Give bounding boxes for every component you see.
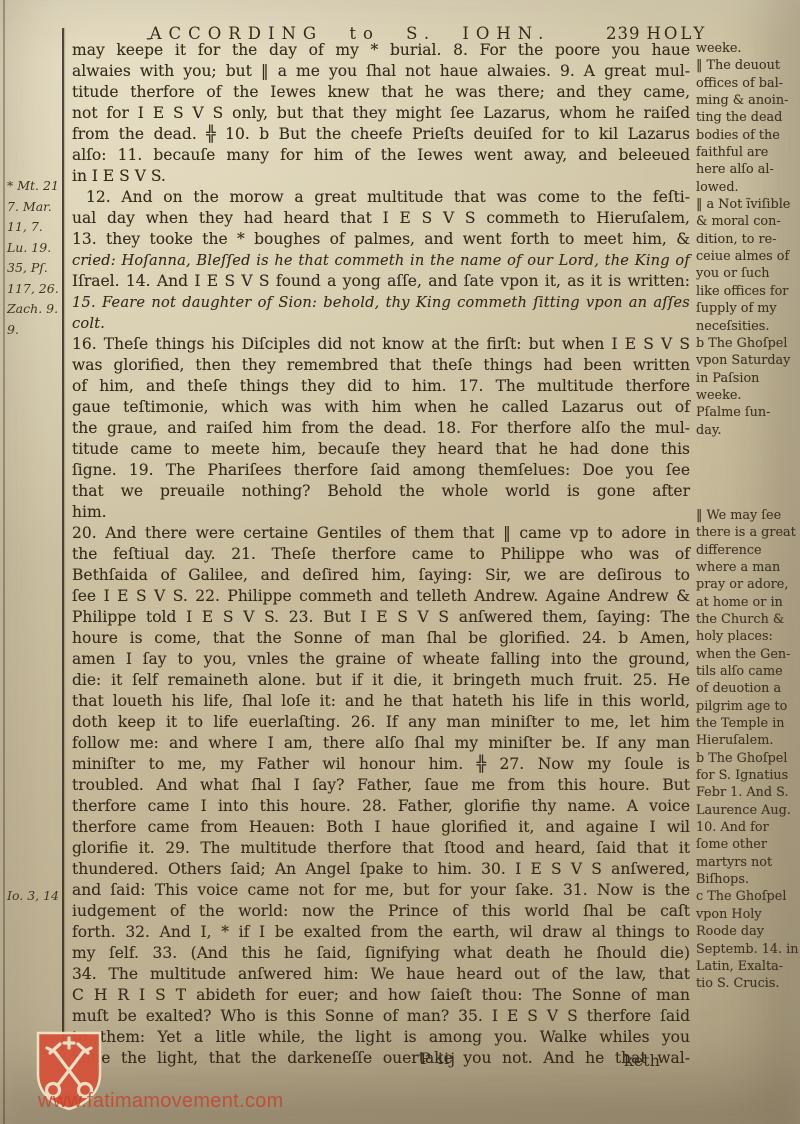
text-line: die: it ſelf remaineth alone. but if it … — [72, 670, 690, 691]
margin-note: you or ſuch — [696, 265, 798, 282]
text-line: was glorified, then they remembred that … — [72, 355, 690, 376]
text-line: gaue teſtimonie, which was with him when… — [72, 397, 690, 418]
margin-note: neceſsities. — [696, 318, 798, 335]
margin-note: & moral con- — [696, 213, 798, 230]
margin-note: * Mt. 21 — [7, 176, 61, 197]
text-line: 16. Theſe things his Diſciples did not k… — [72, 334, 690, 355]
margin-note: tio S. Crucis. — [696, 975, 798, 992]
text-line: glorifie it. 29. The multitude therfore … — [72, 838, 690, 859]
text-line: therfore came from Heauen: Both I haue g… — [72, 817, 690, 838]
page-edge-shadow — [3, 0, 5, 1124]
margin-note: ting the dead — [696, 109, 798, 126]
text-line: may keepe it for the day of my * burial.… — [72, 40, 690, 61]
text-line: titude therfore of the Iewes knew that h… — [72, 82, 690, 103]
margin-note: pilgrim age to — [696, 698, 798, 715]
margin-note: Hieruſalem. — [696, 732, 798, 749]
margin-note: Biſhops. — [696, 871, 798, 888]
text-line: muſt be exalted? Who is this Sonne of ma… — [72, 1006, 690, 1027]
margin-note: b The Ghoſpel — [696, 335, 798, 352]
margin-note: Lu. 19. — [7, 238, 61, 259]
margin-note: difference — [696, 542, 798, 559]
margin-note: here alſo al- — [696, 161, 798, 178]
text-line: miniſter to me, my Father wil honour him… — [72, 754, 690, 775]
text-line: ſigne. 19. The Phariſees therfore ſaid a… — [72, 460, 690, 481]
margin-note: vpon Saturday — [696, 352, 798, 369]
margin-note: of deuotion a — [696, 680, 798, 697]
margin-note: Laurence Aug. — [696, 802, 798, 819]
left-margin-notes: * Mt. 217. Mar.11, 7.Lu. 19.35, Pſ.117, … — [7, 176, 61, 340]
margin-note: weeke. — [696, 40, 798, 57]
margin-note: there is a great — [696, 524, 798, 541]
text-line: Bethſaida of Galilee, and deſired him, ſ… — [72, 565, 690, 586]
margin-note: tils alſo came — [696, 663, 798, 680]
margin-note: ‖ The deuout — [696, 57, 798, 74]
margin-note: Zach. 9. — [7, 299, 61, 320]
margin-note: ceiue almes of — [696, 248, 798, 265]
text-line: alſo: 11. becauſe many for him of the Ie… — [72, 145, 690, 166]
margin-note: dition, to re- — [696, 231, 798, 248]
margin-note: ming & anoin- — [696, 92, 798, 109]
margin-note: ‖ We may ſee — [696, 507, 798, 524]
text-line: of him, and theſe things they did to him… — [72, 376, 690, 397]
text-line: alwaies with you; but ‖ a me you ſhal no… — [72, 61, 690, 82]
text-line: 15. Feare not daughter of Sion: behold, … — [72, 292, 690, 334]
text-line: ſee I E S V S. 22. Philippe commeth and … — [72, 586, 690, 607]
text-line: not for I E S V S only, but that they mi… — [72, 103, 690, 124]
text-line: the feſtiual day. 21. Theſe therfore cam… — [72, 544, 690, 565]
text-line: 34. The multitude anſwered him: We haue … — [72, 964, 690, 985]
margin-note: where a man — [696, 559, 798, 576]
column-rule — [62, 28, 64, 1050]
quire-signature: P iij — [420, 1049, 456, 1068]
margin-note: ſupply of my — [696, 300, 798, 317]
text-line: from the dead. ╬ 10. b But the cheefe Pr… — [72, 124, 690, 145]
text-line: forth. 32. And I, * if I be exalted from… — [72, 922, 690, 943]
text-line: my ſelf. 33. (And this he ſaid, ſignifyi… — [72, 943, 690, 964]
text-line: thundered. Others ſaid; An Angel ſpake t… — [72, 859, 690, 880]
margin-note: Latin, Exalta- — [696, 958, 798, 975]
margin-note: 11, 7. — [7, 217, 61, 238]
watermark: www.fatimamovement.com — [28, 1028, 388, 1118]
margin-note: martyrs not — [696, 854, 798, 871]
text-line: Philippe told I E S V S. 23. But I E S V… — [72, 607, 690, 628]
margin-note: b The Ghoſpel — [696, 750, 798, 767]
margin-note: weeke. — [696, 387, 798, 404]
text-line: that we preuaile nothing? Behold the who… — [72, 481, 690, 502]
text-line: the graue, and raiſed him from the dead.… — [72, 418, 690, 439]
text-line: therfore came I into this houre. 28. Fat… — [72, 796, 690, 817]
text-line: him. — [72, 502, 690, 523]
margin-note: offices of bal- — [696, 75, 798, 92]
margin-note: in Paſsion — [696, 370, 798, 387]
margin-note: day. — [696, 422, 798, 439]
margin-note: at home or in — [696, 594, 798, 611]
margin-note: 7. Mar. — [7, 197, 61, 218]
main-text-column: may keepe it for the day of my * burial.… — [72, 40, 690, 1069]
margin-note: the Temple in — [696, 715, 798, 732]
margin-note: Pſalme ſun- — [696, 404, 798, 421]
text-line: amen I ſay to you, vnles the graine of w… — [72, 649, 690, 670]
margin-note: holy places: — [696, 628, 798, 645]
book-page-scan: - ACCORDING to S. IOHN. 239HOLY may keep… — [0, 0, 800, 1124]
margin-note: the Church & — [696, 611, 798, 628]
margin-note: Roode day — [696, 923, 798, 940]
text-line: 20. And there were certaine Gentiles of … — [72, 523, 690, 544]
left-margin-note-io: Io. 3, 14 — [7, 888, 61, 903]
text-line: Iſrael. 14. And I E S V S found a yong a… — [72, 271, 690, 292]
margin-note: 117, 26. — [7, 279, 61, 300]
margin-note: 9. — [7, 320, 61, 341]
text-line: 13. they tooke the * boughes of palmes, … — [72, 229, 690, 250]
margin-note: ſome other — [696, 836, 798, 853]
text-line: follow me: and where I am, there alſo ſh… — [72, 733, 690, 754]
text-line: troubled. And what ſhal I ſay? Father, ſ… — [72, 775, 690, 796]
margin-note: ‖ a Not ĩviſible — [696, 196, 798, 213]
text-line: C H R I S T abideth for euer; and how ſa… — [72, 985, 690, 1006]
margin-note: when the Gen- — [696, 646, 798, 663]
catchword: keth — [624, 1051, 660, 1070]
text-line: ual day when they had heard that I E S V… — [72, 208, 690, 229]
margin-note: faithful are — [696, 144, 798, 161]
margin-note: c The Ghoſpel — [696, 888, 798, 905]
margin-note: 10. And for — [696, 819, 798, 836]
margin-note: vpon Holy — [696, 906, 798, 923]
text-line: doth keep it to life euerlaſting. 26. If… — [72, 712, 690, 733]
margin-note: like offices for — [696, 283, 798, 300]
text-line: and ſaid: This voice came not for me, bu… — [72, 880, 690, 901]
text-line: cried: Hoſanna, Bleſſed is he that comme… — [72, 250, 690, 271]
margin-note: pray or adore, — [696, 576, 798, 593]
margin-note: Febr 1. And S. — [696, 784, 798, 801]
watermark-url: www.fatimamovement.com — [38, 1090, 284, 1113]
text-line: titude came to meete him, becauſe they h… — [72, 439, 690, 460]
margin-note: lowed. — [696, 179, 798, 196]
text-line: 12. And on the morow a great multitude t… — [72, 187, 690, 208]
margin-note: Septemb. 14. in — [696, 941, 798, 958]
margin-note: 35, Pſ. — [7, 258, 61, 279]
right-margin-notes: weeke.‖ The deuoutoffices of bal-ming & … — [696, 40, 798, 993]
margin-note: bodies of the — [696, 127, 798, 144]
margin-note: for S. Ignatius — [696, 767, 798, 784]
text-line: houre is come, that the Sonne of man ſha… — [72, 628, 690, 649]
text-line: that loueth his life, ſhal loſe it: and … — [72, 691, 690, 712]
text-line: in I E S V S. — [72, 166, 690, 187]
text-line: iudgement of the world: now the Prince o… — [72, 901, 690, 922]
